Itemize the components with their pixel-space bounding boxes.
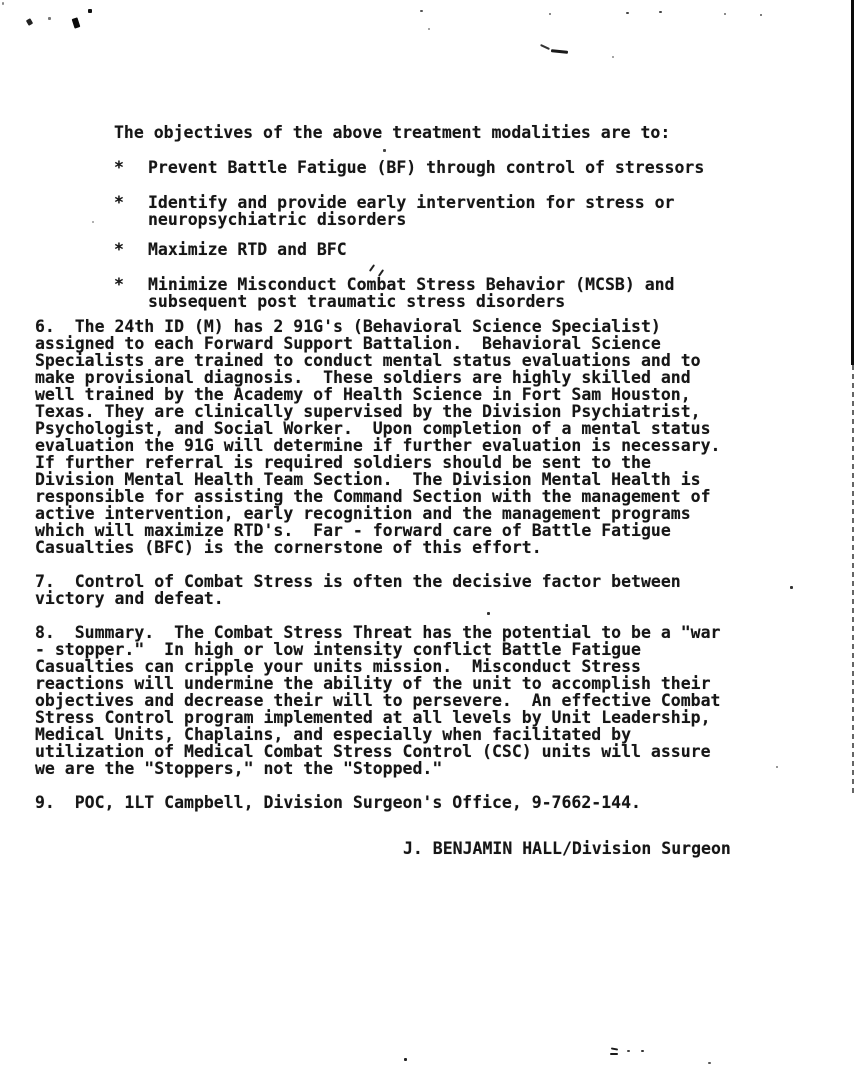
bullet-item-prevent: * Prevent Battle Fatigue (BF) through co… (114, 159, 704, 176)
bullet-marker: * (114, 159, 148, 176)
scan-speck (611, 1047, 618, 1050)
scan-speck (627, 1050, 630, 1052)
paragraph-9: 9. POC, 1LT Campbell, Division Surgeon's… (35, 794, 641, 811)
bullet-item-minimize: * Minimize Misconduct Combat Stress Beha… (114, 276, 675, 310)
scan-dash-smudge (540, 44, 550, 50)
paragraph-8: 8. Summary. The Combat Stress Threat has… (35, 624, 720, 777)
bullet-marker: * (114, 194, 148, 211)
scan-speck (2, 2, 4, 5)
scanned-memo-page: The objectives of the above treatment mo… (0, 0, 856, 1088)
signature-line: J. BENJAMIN HALL/Division Surgeon (403, 840, 731, 857)
scan-speck (26, 18, 33, 26)
scan-speck (760, 14, 762, 16)
scan-speck (404, 1058, 407, 1061)
bullet-marker: * (114, 241, 148, 258)
scan-speck (776, 766, 778, 768)
intro-line: The objectives of the above treatment mo… (114, 124, 670, 141)
scan-speck (88, 9, 92, 13)
scan-tick-mark (369, 264, 375, 272)
scan-speck (790, 586, 793, 589)
scan-speck (487, 612, 490, 615)
scan-edge-line (851, 0, 854, 365)
scan-speck (708, 1062, 711, 1064)
scan-dash-smudge (551, 49, 568, 54)
bullet-item-identify: * Identify and provide early interventio… (114, 194, 675, 228)
bullet-text: Maximize RTD and BFC (148, 241, 347, 258)
bullet-text: Minimize Misconduct Combat Stress Behavi… (148, 276, 675, 310)
scan-speck (420, 10, 423, 12)
bullet-marker: * (114, 276, 148, 293)
paragraph-7: 7. Control of Combat Stress is often the… (35, 573, 681, 607)
scan-speck (72, 17, 81, 28)
paragraph-6: 6. The 24th ID (M) has 2 91G's (Behavior… (35, 318, 720, 556)
scan-speck (659, 11, 662, 13)
scan-speck (549, 13, 551, 15)
scan-edge-line-dashed (852, 365, 854, 795)
bullet-text: Identify and provide early intervention … (148, 194, 675, 228)
scan-speck (612, 56, 614, 58)
scan-speck (428, 28, 430, 30)
scan-speck (626, 12, 629, 14)
scan-speck (48, 17, 51, 20)
bullet-text: Prevent Battle Fatigue (BF) through cont… (148, 159, 704, 176)
scan-speck (724, 13, 726, 15)
scan-speck (641, 1050, 644, 1052)
bullet-item-maximize: * Maximize RTD and BFC (114, 241, 347, 258)
scan-speck (610, 1053, 618, 1055)
scan-speck (383, 149, 386, 152)
scan-speck (92, 221, 94, 223)
